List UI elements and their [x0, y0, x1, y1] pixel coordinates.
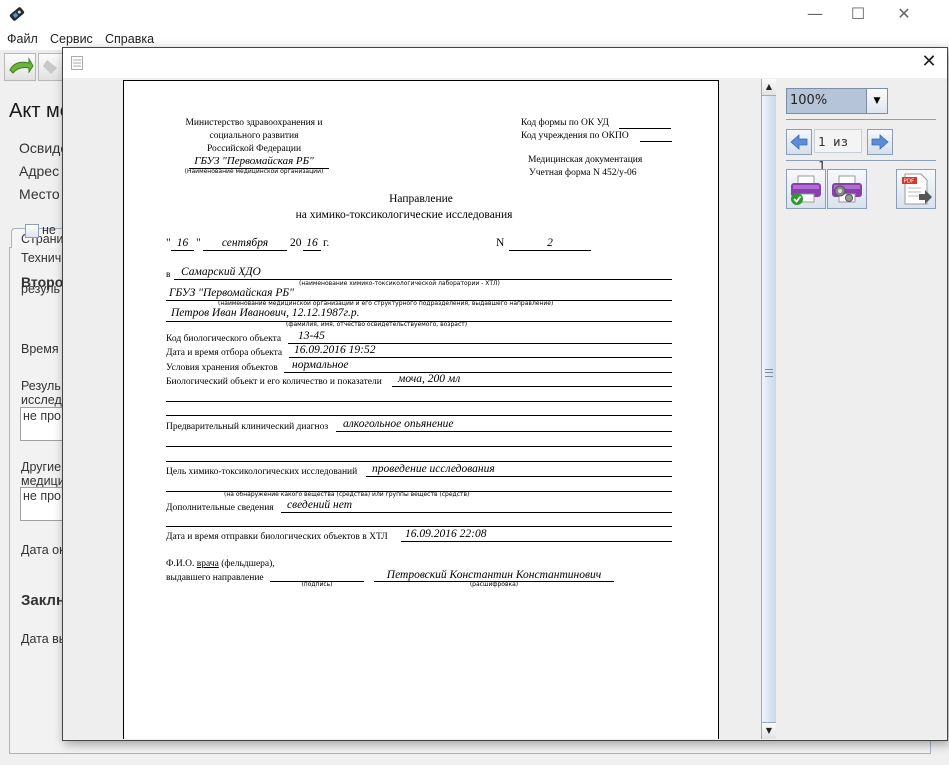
app-icon	[8, 5, 26, 23]
diagnosis-value: алкогольное опьянение	[343, 419, 454, 431]
field-label-bio-object: Биологический объект и его количество и …	[166, 378, 382, 388]
scroll-up-button[interactable]: ▲	[762, 79, 776, 96]
doctor-word: врача	[197, 559, 219, 569]
number-label: N	[496, 238, 504, 250]
purpose-value: проведение исследования	[372, 464, 495, 476]
label-technical: Технич	[21, 251, 61, 265]
doc-number: 2	[509, 238, 591, 250]
toolbar-button-2[interactable]	[38, 53, 64, 81]
okpo-label: Код учреждения по ОКПО	[521, 132, 629, 142]
field-value-storage: нормальное	[292, 360, 349, 372]
ministry-line-2: социального развития	[164, 132, 344, 142]
document-page: Министерство здравоохранения и социально…	[123, 80, 719, 739]
purpose-label: Цель химико-токсикологических исследован…	[166, 468, 357, 478]
maximize-button[interactable]: ☐	[843, 4, 873, 24]
label-other-2: медици	[21, 474, 65, 488]
extra-value: сведений нет	[287, 500, 352, 512]
next-page-button[interactable]	[867, 129, 893, 155]
date-suffix: г.	[323, 238, 329, 250]
main-window-titlebar: — ☐ ✕	[0, 0, 949, 30]
page-indicator[interactable]: 1 из 1	[814, 129, 862, 153]
doctor-label-2: выдавшего направление	[166, 574, 264, 584]
field-label-storage: Условия хранения объектов	[166, 364, 278, 374]
lab-caption: (наименование химико-токсикологической л…	[299, 281, 500, 287]
label-date-end: Дата ок	[21, 543, 65, 557]
print-settings-button[interactable]	[827, 169, 867, 209]
dialog-titlebar: ✕	[63, 48, 947, 78]
doc-subtitle: на химико-токсикологические исследования	[124, 210, 684, 222]
checkbox[interactable]	[25, 224, 39, 238]
sender-name: ГБУЗ "Первомайская РБ"	[169, 288, 294, 300]
sent-label: Дата и время отправки биологических объе…	[166, 533, 388, 543]
scroll-thumb[interactable]	[762, 96, 776, 722]
to-prefix: в	[166, 271, 171, 281]
scroll-down-button[interactable]: ▼	[762, 722, 776, 739]
diagnosis-label: Предварительный клинический диагноз	[166, 423, 328, 433]
minimize-button[interactable]: —	[800, 4, 830, 24]
okud-label: Код формы по ОК УД	[521, 119, 609, 129]
date-year: 16	[304, 238, 320, 250]
print-button[interactable]	[786, 169, 826, 209]
date-year-prefix: 20	[290, 238, 302, 250]
print-preview-dialog: ✕ Министерство здравоохранения и социаль…	[62, 47, 948, 741]
date-month: сентября	[203, 238, 287, 250]
preview-controls: 100% ▼ 1 из 1	[776, 79, 946, 739]
label-time: Время	[21, 342, 59, 356]
sent-value: 16.09.2016 22:08	[405, 529, 486, 541]
preview-viewport: Министерство здравоохранения и социально…	[63, 79, 761, 739]
label-result: резуль	[21, 282, 60, 296]
close-window-button[interactable]: ✕	[889, 4, 919, 24]
doctor-name: Петровский Константин Константинович	[374, 570, 614, 582]
date-day: 16	[171, 238, 194, 250]
lab-name: Самарский ХДО	[181, 267, 261, 279]
back-arrow-icon	[5, 54, 35, 80]
label-other-1: Другие	[21, 460, 61, 474]
zoom-select[interactable]: 100% ▼	[786, 88, 888, 114]
zoom-value: 100%	[790, 93, 827, 108]
export-pdf-button[interactable]: PDF	[896, 169, 936, 209]
menu-service[interactable]: Сервис	[50, 32, 93, 46]
checkbox-label: не	[42, 223, 56, 237]
doc-title: Направление	[124, 194, 718, 206]
back-button[interactable]	[4, 53, 36, 81]
purpose-caption: (на обнаружение какого вещества (средств…	[224, 492, 469, 498]
ministry-line-1: Министерство здравоохранения и	[164, 119, 344, 129]
menu-file[interactable]: Файл	[7, 32, 38, 46]
chevron-down-icon[interactable]: ▼	[866, 89, 887, 113]
svg-text:PDF: PDF	[904, 179, 915, 185]
label-research-result-1: Резуль	[21, 379, 61, 393]
printer-check-icon	[787, 170, 825, 208]
menu-help[interactable]: Справка	[105, 32, 154, 46]
ministry-line-3: Российской Федерации	[164, 145, 344, 155]
org-name: ГБУЗ "Первомайская РБ"	[164, 156, 344, 167]
label-examined: Освиде	[19, 140, 68, 156]
arrow-right-icon	[868, 130, 892, 154]
pdf-export-icon: PDF	[897, 170, 935, 208]
field-label-bio-code: Код биологического объекта	[166, 335, 281, 345]
signature-caption: (подпись)	[270, 582, 364, 588]
org-caption: (Наименование медицинской организации)	[164, 169, 344, 175]
field-value-bio-code: 13-45	[298, 331, 325, 343]
decode-caption: (расшифровка)	[374, 582, 614, 588]
doctor-label-1: Ф.И.О. врача (фельдшера),	[166, 560, 275, 570]
field-label-sample-date: Дата и время отбора объекта	[166, 349, 282, 359]
person-name: Петров Иван Иванович, 12.12.1987г.р.	[171, 308, 359, 320]
dialog-close-button[interactable]: ✕	[919, 52, 939, 72]
field-value-sample-date: 16.09.2016 19:52	[294, 345, 375, 357]
tool-icon	[39, 54, 63, 80]
arrow-left-icon	[787, 130, 811, 154]
label-date-issue: Дата вы	[21, 632, 68, 646]
extra-label: Дополнительные сведения	[166, 504, 274, 514]
vertical-scrollbar[interactable]: ▲ ▼	[761, 79, 777, 739]
form-number: Учетная форма N 452/у-06	[529, 169, 637, 179]
label-address: Адрес	[19, 163, 59, 179]
label-place: Место	[19, 186, 60, 202]
person-caption: (фамилия, имя, отчество освидетельствуем…	[286, 322, 467, 328]
label-research-result-2: исслед	[21, 393, 62, 407]
paramedic-word: (фельдшера),	[221, 559, 274, 569]
prev-page-button[interactable]	[786, 129, 812, 155]
label-conclusion: Заклн	[21, 592, 65, 609]
document-icon	[71, 56, 83, 70]
fio-label: Ф.И.О.	[166, 559, 194, 569]
field-value-bio-object: моча, 200 мл	[398, 374, 460, 386]
printer-gear-icon	[828, 170, 866, 208]
doc-type: Медицинская документация	[528, 156, 642, 166]
